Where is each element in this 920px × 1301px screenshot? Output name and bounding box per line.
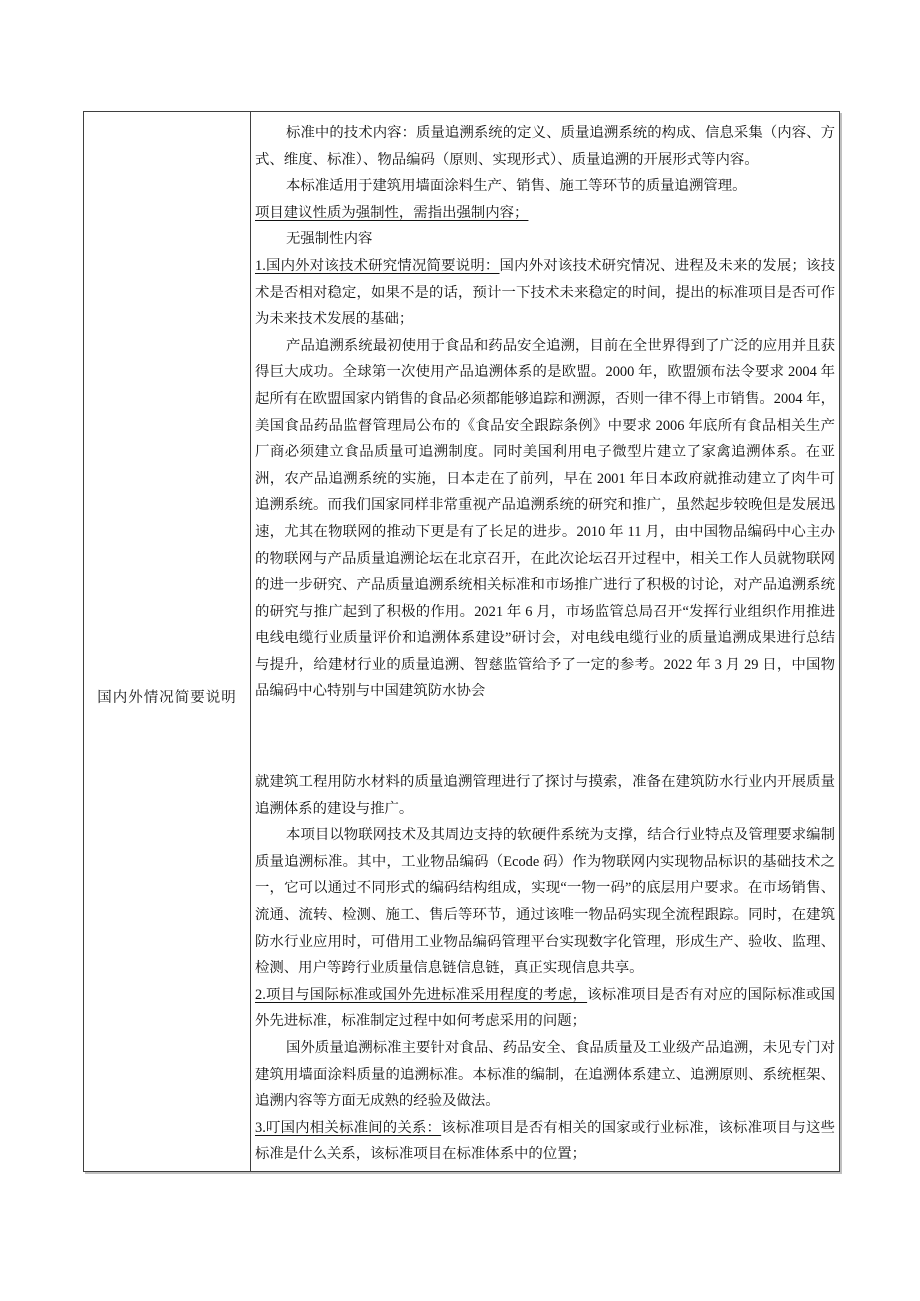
paragraph-technical-content: 标准中的技术内容：质量追溯系统的定义、质量追溯系统的构成、信息采集（内容、方式、… <box>255 120 835 173</box>
paragraph-traceability-history: 产品追溯系统最初使用于食品和药品安全追溯，目前在全世界得到了广泛的应用并且获得巨… <box>255 333 835 705</box>
clause-2-heading: 2.项目与国际标准或国外先进标准采用程度的考虑， <box>255 987 587 1003</box>
mandatory-heading-underline: 项目建议性质为强制性，需指出强制内容； <box>255 205 528 221</box>
row-label: 国内外情况简要说明 <box>84 686 250 707</box>
label-column-cell: 国内外情况简要说明 <box>84 112 251 1171</box>
paragraph-clause-1: 1.国内外对该技术研究情况简要说明：国内外对该技术研究情况、进程及未来的发展；该… <box>255 253 835 333</box>
paragraph-no-mandatory-content: 无强制性内容 <box>255 226 835 253</box>
paragraph-mandatory-heading: 项目建议性质为强制性，需指出强制内容； <box>255 200 835 227</box>
paragraph-foreign-standards: 国外质量追溯标准主要针对食品、药品安全、食品质量及工业级产品追溯，未见专门对建筑… <box>255 1035 835 1115</box>
document-page: 国内外情况简要说明 标准中的技术内容：质量追溯系统的定义、质量追溯系统的构成、信… <box>0 0 920 1301</box>
paragraph-scope: 本标准适用于建筑用墙面涂料生产、销售、施工等环节的质量追溯管理。 <box>255 173 835 200</box>
content-cell: 标准中的技术内容：质量追溯系统的定义、质量追溯系统的构成、信息采集（内容、方式、… <box>251 112 839 1171</box>
paragraph-clause-2: 2.项目与国际标准或国外先进标准采用程度的考虑，该标准项目是否有对应的国际标准或… <box>255 982 835 1035</box>
paragraph-project-iot-ecode: 本项目以物联网技术及其周边支持的软硬件系统为支撑，结合行业特点及管理要求编制质量… <box>255 822 835 982</box>
page-break-gap <box>255 705 835 769</box>
paragraph-clause-3: 3.叮国内相关标准间的关系：该标准项目是否有相关的国家或行业标准，该标准项目与这… <box>255 1115 835 1168</box>
proposal-table: 国内外情况简要说明 标准中的技术内容：质量追溯系统的定义、质量追溯系统的构成、信… <box>83 111 840 1172</box>
paragraph-domestic-standards: 国内未见专门对建筑用墙面涂料质量的追溯标准。本标准的编制以《标准化工作导则第 1… <box>255 1168 835 1171</box>
clause-3-heading: 3.叮国内相关标准间的关系： <box>255 1120 441 1136</box>
clause-1-heading: 1.国内外对该技术研究情况简要说明： <box>255 258 500 274</box>
paragraph-waterproof-continuation: 就建筑工程用防水材料的质量追溯管理进行了探讨与摸索，准备在建筑防水行业内开展质量… <box>255 769 835 822</box>
